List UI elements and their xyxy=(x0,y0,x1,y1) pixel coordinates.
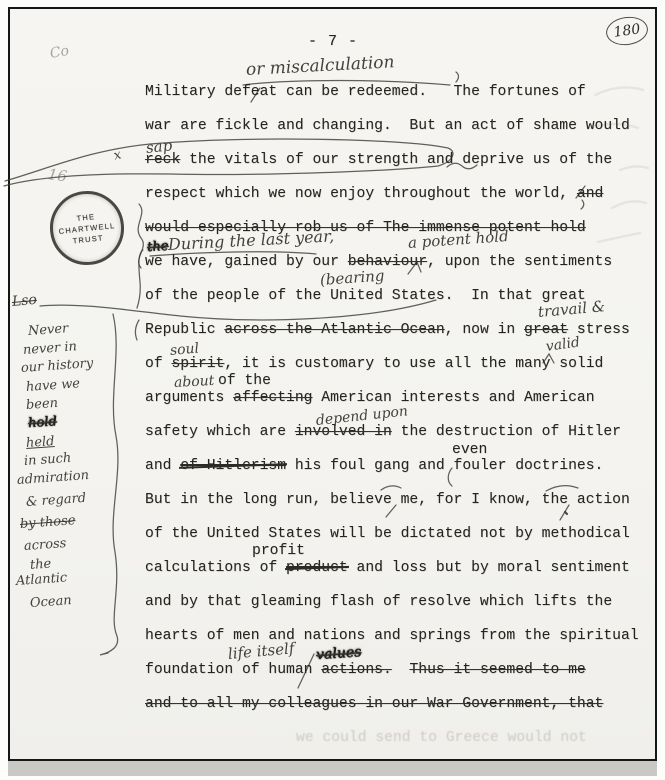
typed-text: his foul gang and fouler doctrines. xyxy=(286,458,603,476)
typed-line: and by that gleaming flash of resolve wh… xyxy=(145,594,612,612)
margin-long-bracket xyxy=(100,314,118,655)
typed-text: and loss but by moral sentiment xyxy=(348,560,630,578)
handwritten-annotation: (bearing xyxy=(319,267,385,289)
margin-note-line: Atlantic xyxy=(15,570,67,589)
typed-text: American interests and American xyxy=(312,390,594,408)
typed-line: But in the long run, believe me, for I k… xyxy=(145,492,630,510)
typed-text: calculations of xyxy=(145,560,286,578)
typed-text-struck: product xyxy=(286,560,348,578)
typed-text: hearts of men and nations and springs fr… xyxy=(145,628,639,646)
typed-text: of the United States will be dictated no… xyxy=(145,526,630,544)
margin-note-line: have we xyxy=(25,376,80,395)
typed-text: Republic xyxy=(145,322,224,340)
typed-line: of the people of the United States. In t… xyxy=(145,288,586,306)
handwritten-annotation: Co xyxy=(49,43,71,62)
folio-number-badge: 180 xyxy=(604,14,649,48)
folio-number: 180 xyxy=(613,21,642,41)
margin-note-line: Ocean xyxy=(29,593,72,611)
typed-line: of the United States will be dictated no… xyxy=(145,526,630,544)
handwritten-annotation: x xyxy=(112,147,123,163)
typed-line: of spirit, it is customary to use all th… xyxy=(145,356,603,374)
page-number: - 7 - xyxy=(308,33,358,51)
typed-text: war are fickle and changing. But an act … xyxy=(145,118,630,136)
margin-note-line: held xyxy=(25,434,55,451)
paren-before-republic xyxy=(135,320,139,340)
handwritten-annotation: valid xyxy=(545,334,581,355)
typed-text-struck: and to all my colleagues in our War Gove… xyxy=(145,696,603,714)
margin-note-line: never in xyxy=(22,339,77,358)
margin-note-line: in such xyxy=(23,451,71,469)
margin-note-line: Never xyxy=(27,321,68,339)
typed-text: the destruction of Hitler xyxy=(392,424,621,442)
typed-line: war are fickle and changing. But an act … xyxy=(145,118,630,136)
typed-text: Military defeat can be redeemed. The for… xyxy=(145,84,586,102)
typed-text: and xyxy=(145,458,180,476)
typed-text-struck: actions. xyxy=(321,662,392,680)
handwritten-annotation: sap xyxy=(145,136,173,157)
typed-text-struck: Thus it seemed to me xyxy=(409,662,585,680)
typed-line: calculations of product and loss but by … xyxy=(145,560,630,578)
typed-text: arguments xyxy=(145,390,233,408)
bracket-before-we-have xyxy=(137,250,143,308)
chartwell-trust-stamp: THE CHARTWELL TRUST xyxy=(46,187,127,268)
typed-line: hearts of men and nations and springs fr… xyxy=(145,628,639,646)
typed-text: the vitals of our strength and deprive u… xyxy=(180,152,612,170)
typed-line: arguments affecting American interests a… xyxy=(145,390,595,408)
typed-text: foundation of human xyxy=(145,662,321,680)
handwritten-annotation: Lso xyxy=(11,292,37,310)
typed-line: Military defeat can be redeemed. The for… xyxy=(145,84,586,102)
typed-text: of the people of the United States. In t… xyxy=(145,288,586,306)
typed-text: , now in xyxy=(445,322,524,340)
margin-note-line: & regard xyxy=(25,491,86,510)
typed-text: we have, gained by our xyxy=(145,254,348,272)
handwritten-annotation: 16 xyxy=(47,165,68,185)
typed-insertion: even xyxy=(452,442,487,460)
bleed-through-text: we could send to Greece would not xyxy=(296,730,587,746)
typed-line: and to all my colleagues in our War Gove… xyxy=(145,696,603,714)
typed-text: of xyxy=(145,356,171,374)
typed-line: respect which we now enjoy throughout th… xyxy=(145,186,603,204)
scanned-document-page: - 7 - 180 THE CHARTWELL TRUST we could s… xyxy=(0,0,665,780)
stamp-line-2: CHARTWELL xyxy=(58,221,116,236)
typed-text xyxy=(392,662,410,680)
stamp-line-1: THE xyxy=(76,212,95,223)
handwritten-annotation: the xyxy=(146,239,168,255)
typed-text: safety which are xyxy=(145,424,295,442)
typed-line: foundation of human actions. Thus it see… xyxy=(145,662,586,680)
handwritten-annotation: about xyxy=(174,373,215,391)
typed-text: But in the long run, believe me, for I k… xyxy=(145,492,630,510)
typed-line: reck the vitals of our strength and depr… xyxy=(145,152,612,170)
typed-line: safety which are involved in the destruc… xyxy=(145,424,621,442)
handwritten-annotation: values xyxy=(315,644,361,663)
typed-insertion: of the xyxy=(218,373,271,391)
typed-text-struck: of Hitlerism xyxy=(180,458,286,476)
margin-note-line: been xyxy=(25,396,58,413)
typed-text-struck: involved in xyxy=(295,424,392,442)
handwritten-annotation: soul xyxy=(169,340,199,358)
stamp-line-3: TRUST xyxy=(72,233,104,245)
typed-text-struck: across the Atlantic Ocean xyxy=(224,322,444,340)
typed-text-struck: spirit xyxy=(171,356,224,374)
margin-note-line: our history xyxy=(20,356,93,376)
margin-note-line: the xyxy=(29,557,51,573)
margin-note-line: across xyxy=(23,536,66,554)
typed-text-struck: affecting xyxy=(233,390,312,408)
margin-note-line: admiration xyxy=(16,468,89,488)
stamp-side-squiggle xyxy=(138,204,143,268)
typed-text: respect which we now enjoy throughout th… xyxy=(145,186,577,204)
typed-text: and by that gleaming flash of resolve wh… xyxy=(145,594,612,612)
ink-dot-after-know xyxy=(565,512,567,514)
margin-note-line: hold xyxy=(27,414,57,431)
typed-text-struck: and xyxy=(577,186,603,204)
handwritten-annotation: or miscalculation xyxy=(245,52,394,80)
typed-text: , it is customary to use all the many so… xyxy=(224,356,603,374)
typed-line: and of Hitlerism his foul gang and foule… xyxy=(145,458,603,476)
page-content-layer: - 7 - 180 THE CHARTWELL TRUST we could s… xyxy=(0,0,665,780)
typed-text: , upon the sentiments xyxy=(427,254,612,272)
margin-note-line: by those xyxy=(19,513,76,532)
typed-insertion: profit xyxy=(252,543,305,561)
